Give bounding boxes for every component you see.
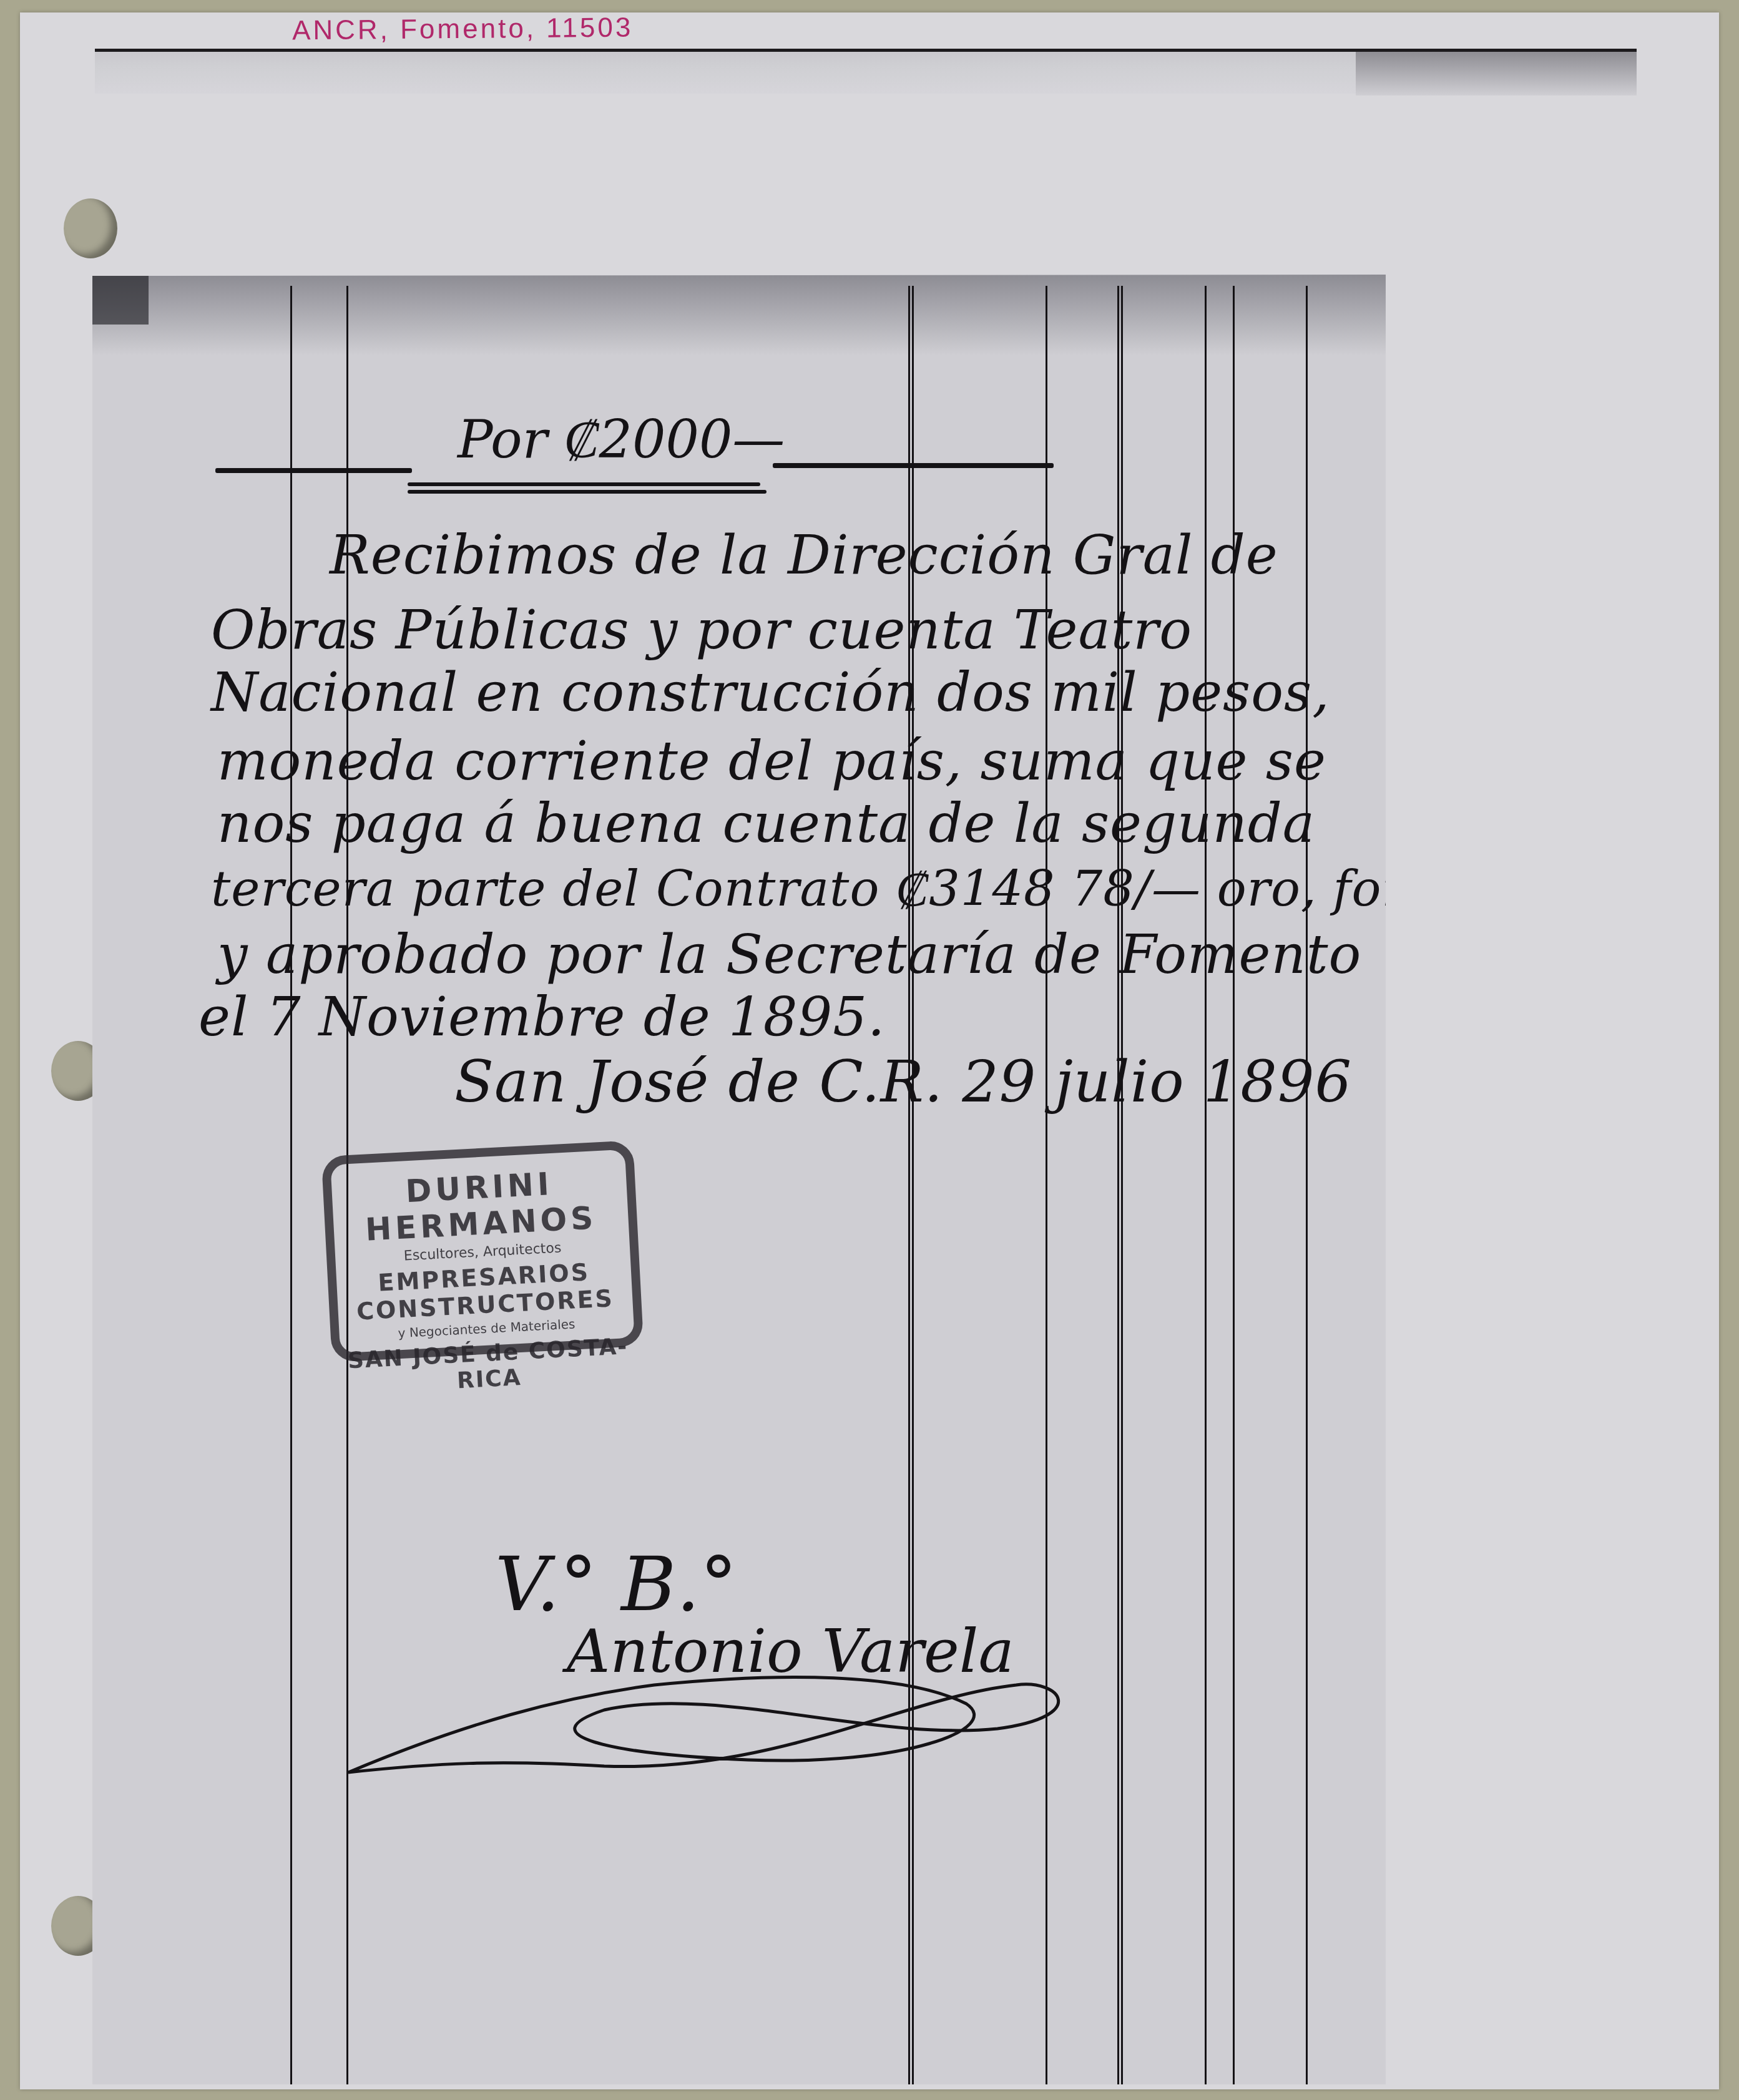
top-photocopy-strip (95, 49, 1637, 94)
punch-hole-icon (64, 198, 117, 258)
heading-rule-left (215, 468, 412, 473)
body-line: Obras Públicas y por cuenta Teatro (211, 599, 1192, 662)
body-line: y aprobado por la Secretaría de Fomento (217, 924, 1361, 986)
stamp-company-name: DURINI HERMANOS (331, 1162, 629, 1250)
place-date: San José de C.R. 29 julio 1896 (454, 1048, 1352, 1115)
heading-underline (408, 482, 760, 486)
body-line: tercera parte del Contrato ₡3148 78/— or… (211, 861, 1544, 917)
heading-rule-right (773, 463, 1054, 468)
heading-underline (408, 490, 767, 494)
body-line: Nacional en construcción dos mil pesos, (211, 662, 1330, 724)
body-line: el 7 Noviembre de 1895. (198, 986, 885, 1048)
stamp-location: SAN JOSÉ de COSTA-RICA (340, 1333, 637, 1400)
approval-mark: V.° B.° (495, 1541, 737, 1628)
body-line: moneda corriente del país, suma que se (217, 730, 1326, 793)
top-strip-shadow (1356, 52, 1637, 95)
signature-flourish-icon (342, 1648, 1122, 1810)
body-line: nos paga á buena cuenta de la segunda (217, 793, 1315, 855)
receipt-content: Por ₡2000— Recibimos de la Dirección Gra… (92, 275, 1386, 2084)
receipt-photocopy: Por ₡2000— Recibimos de la Dirección Gra… (92, 275, 1386, 2084)
archive-reference-label: ANCR, Fomento, 11503 (292, 12, 634, 47)
amount-heading: Por ₡2000— (458, 409, 785, 471)
body-line: Recibimos de la Dirección Gral de (330, 524, 1278, 587)
company-stamp: DURINI HERMANOS Escultores, Arquitectos … (321, 1140, 644, 1362)
